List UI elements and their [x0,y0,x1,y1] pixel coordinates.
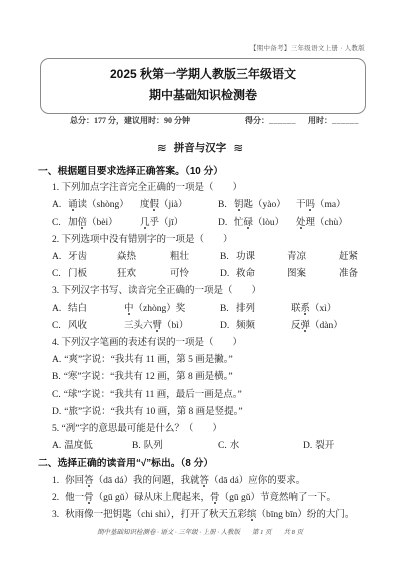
option-label: A. [52,355,61,365]
q4-option: C.“球”字说：“我共有 11 画，最后一画是点。” [38,387,372,404]
part1-heading: 一、根据题目要求选择正确答案。（10 分） [38,163,372,180]
q5-option: A.温度低 [52,438,132,455]
option-word: 青凉 [287,249,339,266]
q5-options-row: A.温度低 B.队列 C.水 D.裂开 [38,438,372,455]
page-footer: 期中基础知识检测卷 · 语文 · 三年级 · 上册 · 人教版第 1 页共 8 … [0,527,400,536]
dotted-char: 答 [84,476,94,486]
option-word: 牙齿 [68,249,117,266]
option-label: D. [220,318,236,335]
exam-title-box: 2025 秋第一学期人教版三年级语文 期中基础知识检测卷 [40,58,366,114]
option-word: 焱热 [117,249,170,266]
option-label: C. [52,390,61,400]
time-label: 用时： [308,116,332,125]
q3-options-row: C. 风收 三头六臂（bì） D. 频频 反弹（dàn） [38,318,372,335]
option-label: C. [52,318,68,335]
q2-stem: 2. 下列选项中没有错别字的一项是（ ） [38,232,372,249]
option-word: 钥匙（yào） [234,197,296,214]
dotted-char: 骨 [210,493,220,503]
header-edition-label: 【期中备考】三年级语文上册 · 人教版 [250,43,365,52]
option-text: “球”字说：“我共有 11 画，最后一画是点。” [64,390,242,400]
score-time-fields: 得分：______ 用时：______ [245,115,369,126]
dotted-char: 几 [140,218,150,228]
dotted-char: 缤 [247,510,257,520]
score-blank: ______ [269,116,296,125]
dotted-char: 弹 [301,321,311,331]
dotted-char: 系 [301,304,311,314]
option-word: 频频 [236,318,291,335]
q5-option: B.队列 [132,438,218,455]
option-word: 排列 [236,301,291,318]
option-word: 度假（jià） [140,197,218,214]
option-word: 粗壮 [170,249,220,266]
part2-heading: 二、选择正确的读音用“√”标出。（8 分） [38,455,372,472]
option-label: A. [52,197,68,214]
q5-option: D.裂开 [303,438,334,455]
item-number: 3. [52,510,59,520]
option-word: 可怜 [170,266,220,283]
option-label: D. [218,215,234,232]
dotted-char: 中 [124,304,134,314]
option-label: D. [220,266,236,283]
option-word: 加倍（bèi） [68,215,140,232]
wave-icon: ≋ [157,141,167,155]
option-word: 赶紧 [339,249,358,266]
q4-option: D.“旅”字说：“我共有 10 画，第 8 画是竖提。” [38,404,372,421]
q3-stem: 3. 下列汉字书写、读音完全正确的一项是（ ） [38,283,372,300]
option-word: 反弹（dàn） [291,318,343,335]
option-label: C. [52,266,68,283]
dotted-char: 处 [296,218,306,228]
dotted-char: 臂 [153,321,163,331]
footer-title: 期中基础知识检测卷 · 语文 · 三年级 · 上册 · 人教版 [97,529,240,536]
option-text: “寒”字说：“我共有 12 画，第 8 画是横。” [64,372,233,382]
option-word: 联系（xì） [291,301,336,318]
option-text: “爽”字说：“我共有 11 画，第 5 画是撇。” [64,355,233,365]
option-word: 图案 [287,266,339,283]
option-word: 风收 [68,318,124,335]
option-word: 中（zhòng）奖 [124,301,220,318]
dotted-char: 假 [150,200,160,210]
q3-options-row: A. 结白 中（zhòng）奖 B. 排列 联系（xì） [38,301,372,318]
exam-title-line1: 2025 秋第一学期人教版三年级语文 [41,64,365,85]
dotted-char: 吗 [306,200,316,210]
dotted-char: 匙 [122,510,132,520]
dotted-char: 答 [199,476,209,486]
dotted-char: 倍 [78,218,88,228]
q2-options-row: A. 牙齿 焱热 粗壮 B. 功课 青凉 赶紧 [38,249,372,266]
footer-page-total: 共 8 页 [284,529,304,536]
part2-item: 2.他一骨（gū gǔ）碌从床上爬起来，骨（gū gǔ）节竟然响了一下。 [38,490,372,507]
section-banner-title: 拼音与汉字 [174,142,227,154]
dotted-char: 碌 [244,218,254,228]
option-word: 准备 [339,266,358,283]
option-word: 功课 [236,249,287,266]
option-label: B. [220,301,236,318]
q1-options-row: C. 加倍（bèi） 几乎（jī） D. 忙碌（lòu） 处理（chù） [38,215,372,232]
option-word: 三头六臂（bì） [124,318,220,335]
score-label: 得分： [245,116,269,125]
option-label: B. [220,249,236,266]
section-banner: ≋拼音与汉字≋ [0,140,400,155]
option-word: 救命 [236,266,287,283]
dotted-char: 钥 [234,200,244,210]
q4-option: A.“爽”字说：“我共有 11 画，第 5 画是撇。” [38,352,372,369]
option-word: 处理（chù） [296,215,348,232]
item-number: 1. [52,476,59,486]
q2-options-row: C. 门板 狂欢 可怜 D. 救命 图案 准备 [38,266,372,283]
option-label: A. [52,301,68,318]
q4-option: B.“寒”字说：“我共有 12 画，第 8 画是横。” [38,369,372,386]
option-text: “旅”字说：“我共有 10 画，第 8 画是竖提。” [64,407,242,417]
q1-stem: 1. 下列加点字注音完全正确的一项是（ ） [38,180,372,197]
exam-body: 一、根据题目要求选择正确答案。（10 分） 1. 下列加点字注音完全正确的一项是… [38,163,372,524]
option-word: 结白 [68,301,124,318]
option-label: D. [52,407,61,417]
q5-stem: 5. “冽”字的意思最可能是什么？（ ） [38,421,372,438]
part2-item: 3.秋雨像一把钥匙（chi shi），打开了秋天五彩缤（bīng bīn）纷的大… [38,507,372,524]
option-label: B. [52,372,61,382]
dotted-char: 骨 [84,493,94,503]
option-word: 诵读（shòng） [68,197,140,214]
option-word: 干吗（ma） [296,197,346,214]
wave-icon: ≋ [233,141,243,155]
q4-stem: 4. 下列汉字笔画的表述有误的一项是（ ） [38,335,372,352]
option-word: 门板 [68,266,117,283]
option-label: B. [218,197,234,214]
exam-paper-page: 【期中备考】三年级语文上册 · 人教版 2025 秋第一学期人教版三年级语文 期… [0,0,400,566]
dotted-char: 诵 [68,200,78,210]
option-label: A. [52,249,68,266]
total-score-note: 总分：177 分，建议用时：90 分钟 [70,115,190,126]
option-label: C. [52,215,68,232]
item-number: 2. [52,493,59,503]
footer-page-number: 第 1 页 [252,529,272,536]
q5-option: C.水 [218,438,303,455]
part2-item: 1.你回答（dā dá）我的问题，我就答（dā dá）应你的要求。 [38,473,372,490]
option-word: 忙碌（lòu） [234,215,296,232]
option-word: 狂欢 [117,266,170,283]
time-blank: ______ [332,116,359,125]
q1-options-row: A. 诵读（shòng） 度假（jià） B. 钥匙（yào） 干吗（ma） [38,197,372,214]
exam-title-line2: 期中基础知识检测卷 [41,85,365,106]
option-word: 几乎（jī） [140,215,218,232]
